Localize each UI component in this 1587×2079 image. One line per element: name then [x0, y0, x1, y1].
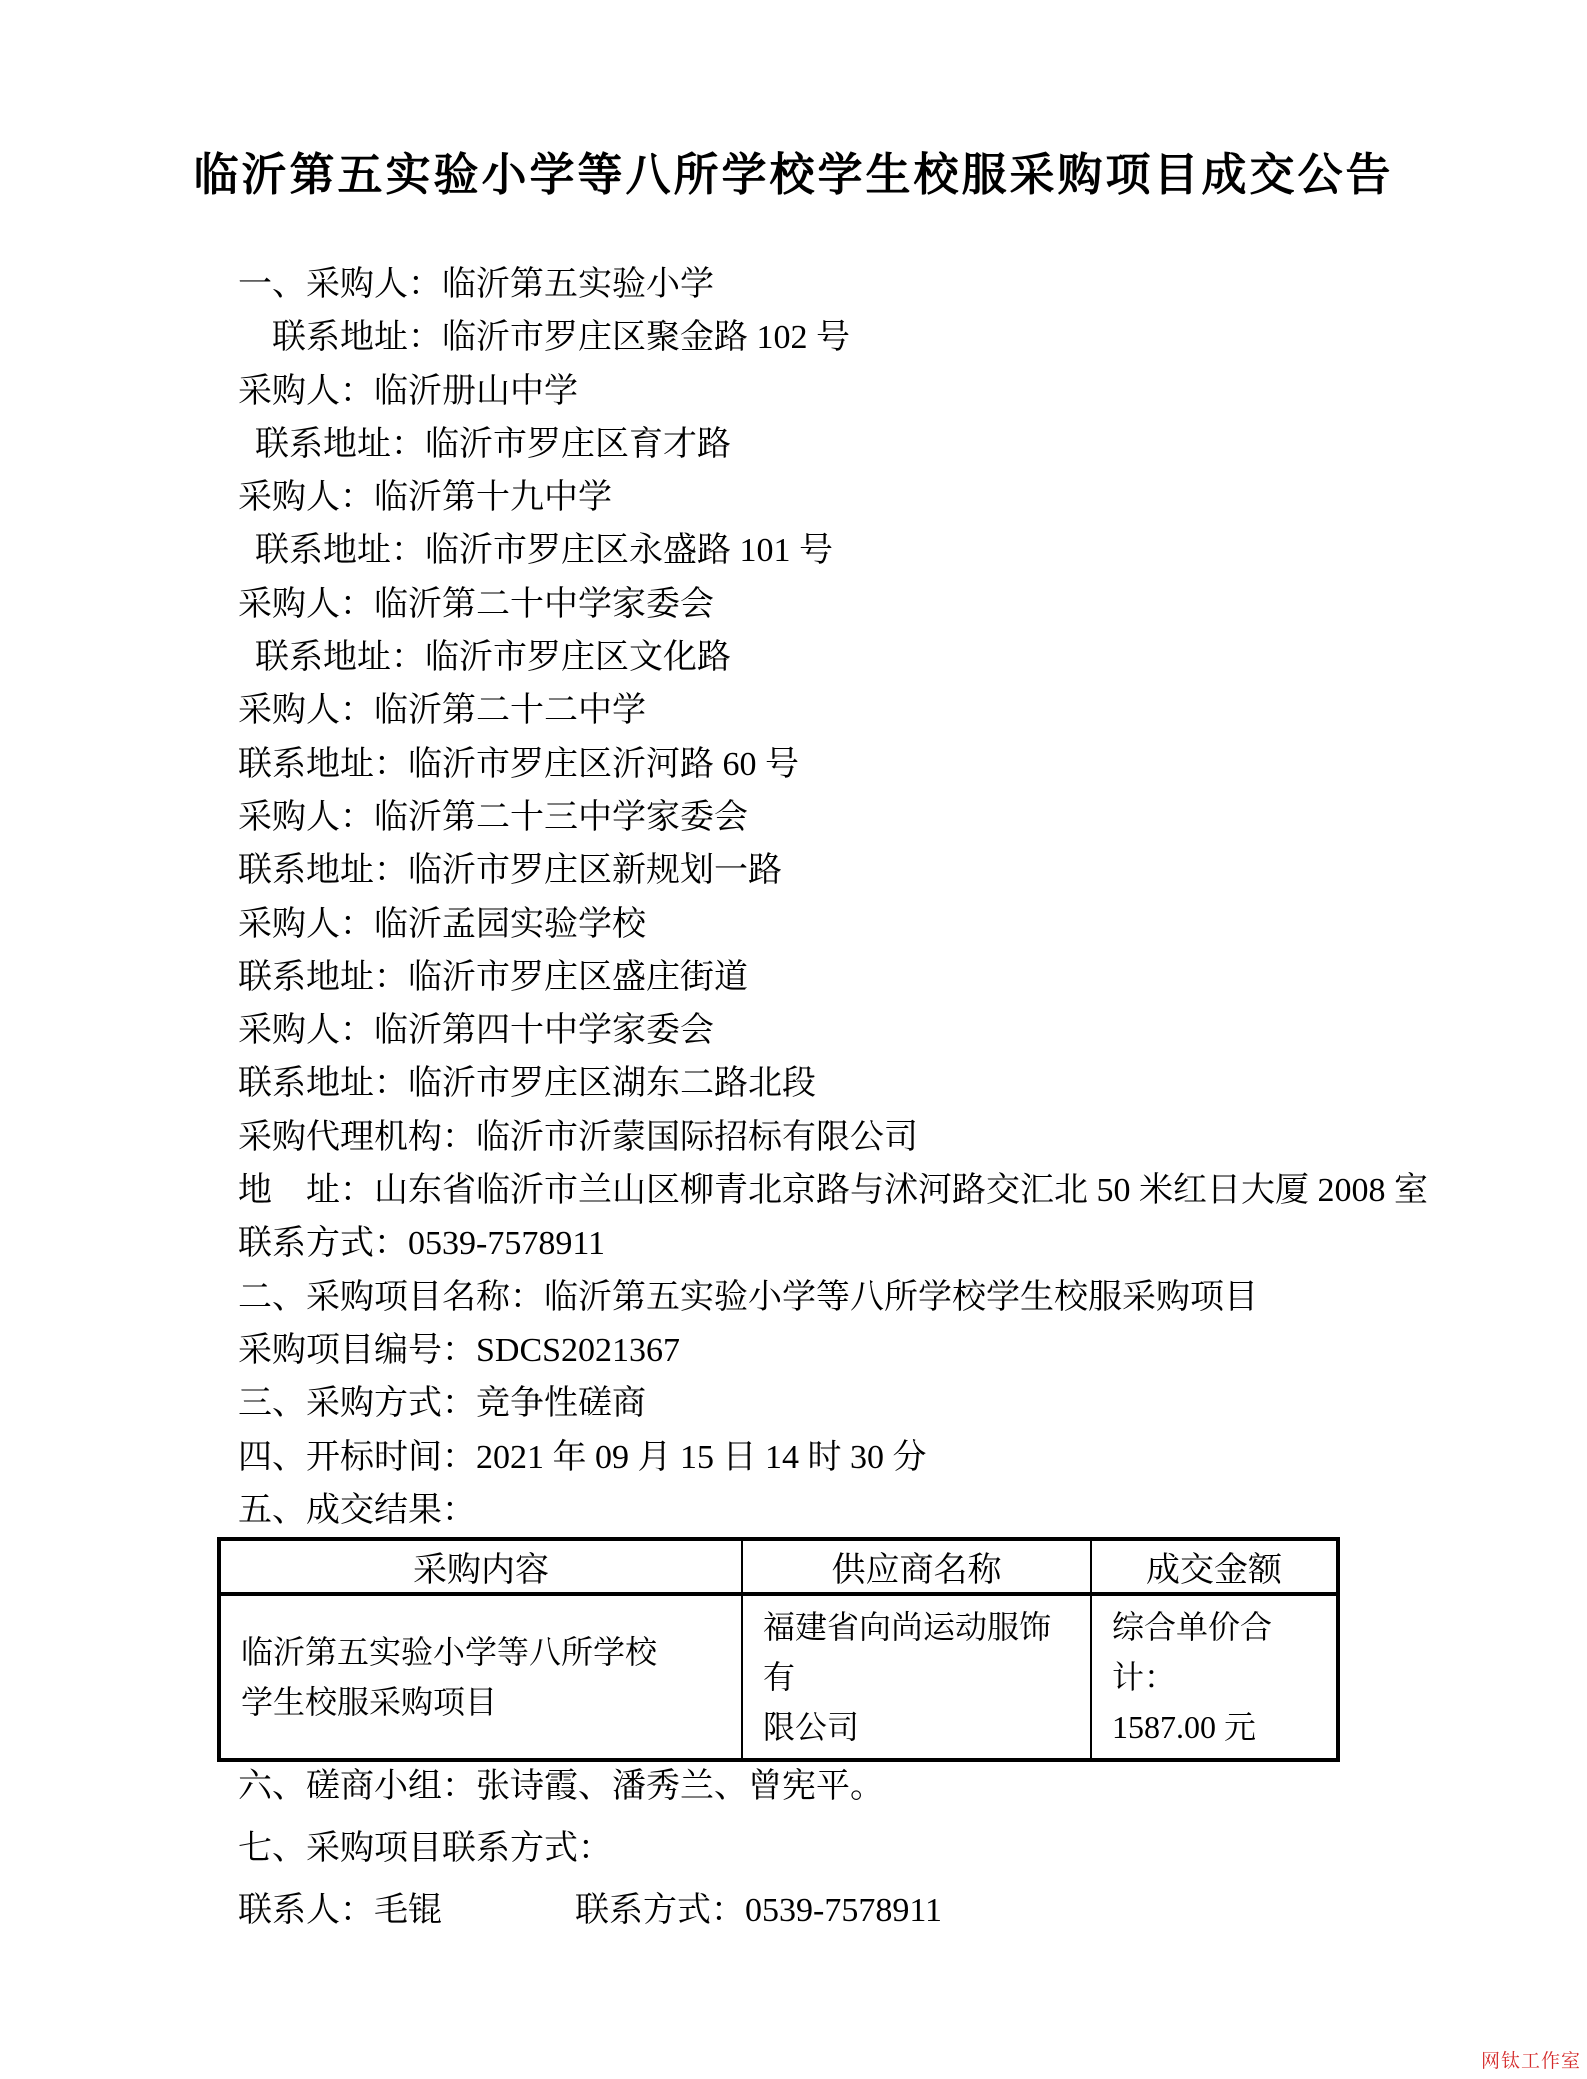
body-line: 联系方式：0539-7578911 [238, 1217, 1467, 1270]
body-line: 采购人：临沂第二十三中学家委会 [238, 791, 1467, 844]
body-line: 联系地址：临沂市罗庄区湖东二路北段 [238, 1057, 1467, 1110]
contact-line: 联系人：毛锟联系方式：0539-7578911 [0, 1880, 1587, 1942]
body-line: 联系地址：临沂市罗庄区文化路 [238, 631, 1467, 684]
body-lines: 一、采购人：临沂第五实验小学联系地址：临沂市罗庄区聚金路 102 号采购人：临沂… [0, 258, 1587, 1537]
watermark: 网钛工作室 [1481, 2046, 1581, 2073]
body-line: 采购人：临沂孟园实验学校 [238, 898, 1467, 951]
body-line: 二、采购项目名称：临沂第五实验小学等八所学校学生校服采购项目 [238, 1271, 1467, 1324]
body-line: 三、采购方式：竞争性磋商 [238, 1377, 1467, 1430]
table-cell-content: 临沂第五实验小学等八所学校 学生校服采购项目 [219, 1594, 742, 1760]
body-line: 采购人：临沂第二十二中学 [238, 684, 1467, 737]
body-line: 采购人：临沂第四十中学家委会 [238, 1004, 1467, 1057]
body-line: 采购项目编号：SDCS2021367 [238, 1324, 1467, 1377]
table-header-amount: 成交金额 [1091, 1539, 1338, 1594]
footer-lines: 六、磋商小组：张诗霞、潘秀兰、曾宪平。七、采购项目联系方式： [0, 1756, 1587, 1880]
footer-line: 六、磋商小组：张诗霞、潘秀兰、曾宪平。 [238, 1756, 1587, 1818]
table-header-supplier: 供应商名称 [742, 1539, 1091, 1594]
contact-person: 联系人：毛锟 [238, 1892, 442, 1929]
body-line: 联系地址：临沂市罗庄区新规划一路 [238, 844, 1467, 897]
footer-line: 七、采购项目联系方式： [238, 1818, 1587, 1880]
body-line: 联系地址：临沂市罗庄区永盛路 101 号 [238, 524, 1467, 577]
contact-method: 联系方式：0539-7578911 [575, 1892, 942, 1929]
table-header-content: 采购内容 [219, 1539, 742, 1594]
document-page: 临沂第五实验小学等八所学校学生校服采购项目成交公告 一、采购人：临沂第五实验小学… [0, 0, 1587, 2079]
body-line: 联系地址：临沂市罗庄区育才路 [238, 418, 1467, 471]
body-line: 采购人：临沂册山中学 [238, 365, 1467, 418]
result-table: 采购内容 供应商名称 成交金额 临沂第五实验小学等八所学校 学生校服采购项目 福… [217, 1537, 1340, 1762]
table-row: 临沂第五实验小学等八所学校 学生校服采购项目 福建省向尚运动服饰有 限公司 综合… [219, 1594, 1338, 1760]
body-line: 联系地址：临沂市罗庄区沂河路 60 号 [238, 738, 1467, 791]
body-line: 采购代理机构：临沂市沂蒙国际招标有限公司 [238, 1111, 1467, 1164]
body-line: 联系地址：临沂市罗庄区盛庄街道 [238, 951, 1467, 1004]
body-line: 采购人：临沂第十九中学 [238, 471, 1467, 524]
table-cell-amount: 综合单价合计： 1587.00 元 [1091, 1594, 1338, 1760]
body-line: 四、开标时间：2021 年 09 月 15 日 14 时 30 分 [238, 1431, 1467, 1484]
body-line: 地 址：山东省临沂市兰山区柳青北京路与沭河路交汇北 50 米红日大厦 2008 … [238, 1164, 1467, 1217]
page-title: 临沂第五实验小学等八所学校学生校服采购项目成交公告 [0, 0, 1587, 204]
body-line: 五、成交结果： [238, 1484, 1467, 1537]
body-line: 采购人：临沂第二十中学家委会 [238, 578, 1467, 631]
table-cell-supplier: 福建省向尚运动服饰有 限公司 [742, 1594, 1091, 1760]
table-header-row: 采购内容 供应商名称 成交金额 [219, 1539, 1338, 1594]
body-line: 联系地址：临沂市罗庄区聚金路 102 号 [238, 311, 1467, 364]
body-line: 一、采购人：临沂第五实验小学 [238, 258, 1467, 311]
